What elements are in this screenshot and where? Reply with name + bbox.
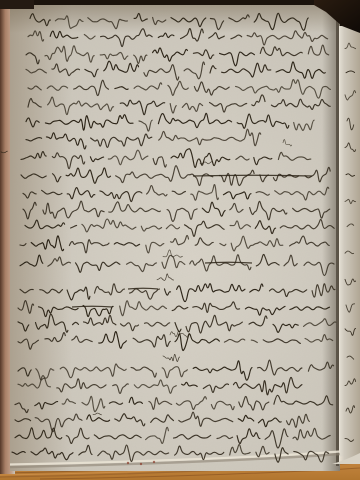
red-speck <box>127 462 129 464</box>
strikethrough <box>205 262 252 263</box>
manuscript-photo-svg <box>0 0 360 480</box>
strikethrough <box>72 306 112 307</box>
red-speck <box>153 461 155 463</box>
strikethrough <box>128 288 158 289</box>
page-crease <box>336 4 339 466</box>
strikethrough <box>193 175 312 176</box>
red-speck <box>140 463 142 465</box>
manuscript-photo <box>0 0 360 480</box>
